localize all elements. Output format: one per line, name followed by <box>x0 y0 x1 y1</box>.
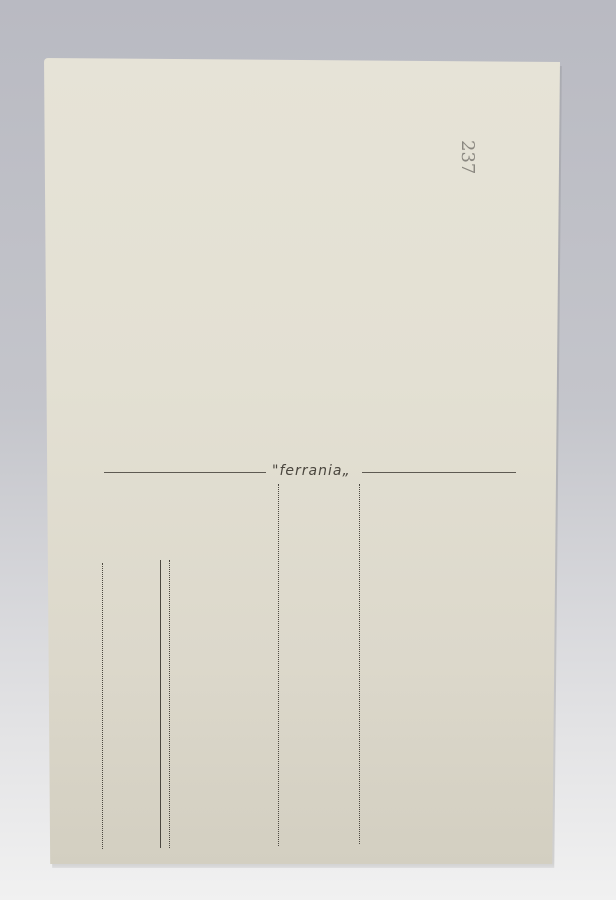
dotted-line-center-left <box>278 484 279 846</box>
dotted-line-left <box>102 563 103 849</box>
divider-right <box>362 472 516 473</box>
dotted-line-center-right <box>359 484 360 844</box>
handwritten-note: 237 <box>457 140 478 174</box>
postcard-back <box>44 58 560 864</box>
divider-left <box>104 472 266 473</box>
solid-line-left <box>160 560 161 848</box>
brand-label: "ferrania„ <box>272 463 351 479</box>
dotted-line-left-inner <box>169 560 170 848</box>
